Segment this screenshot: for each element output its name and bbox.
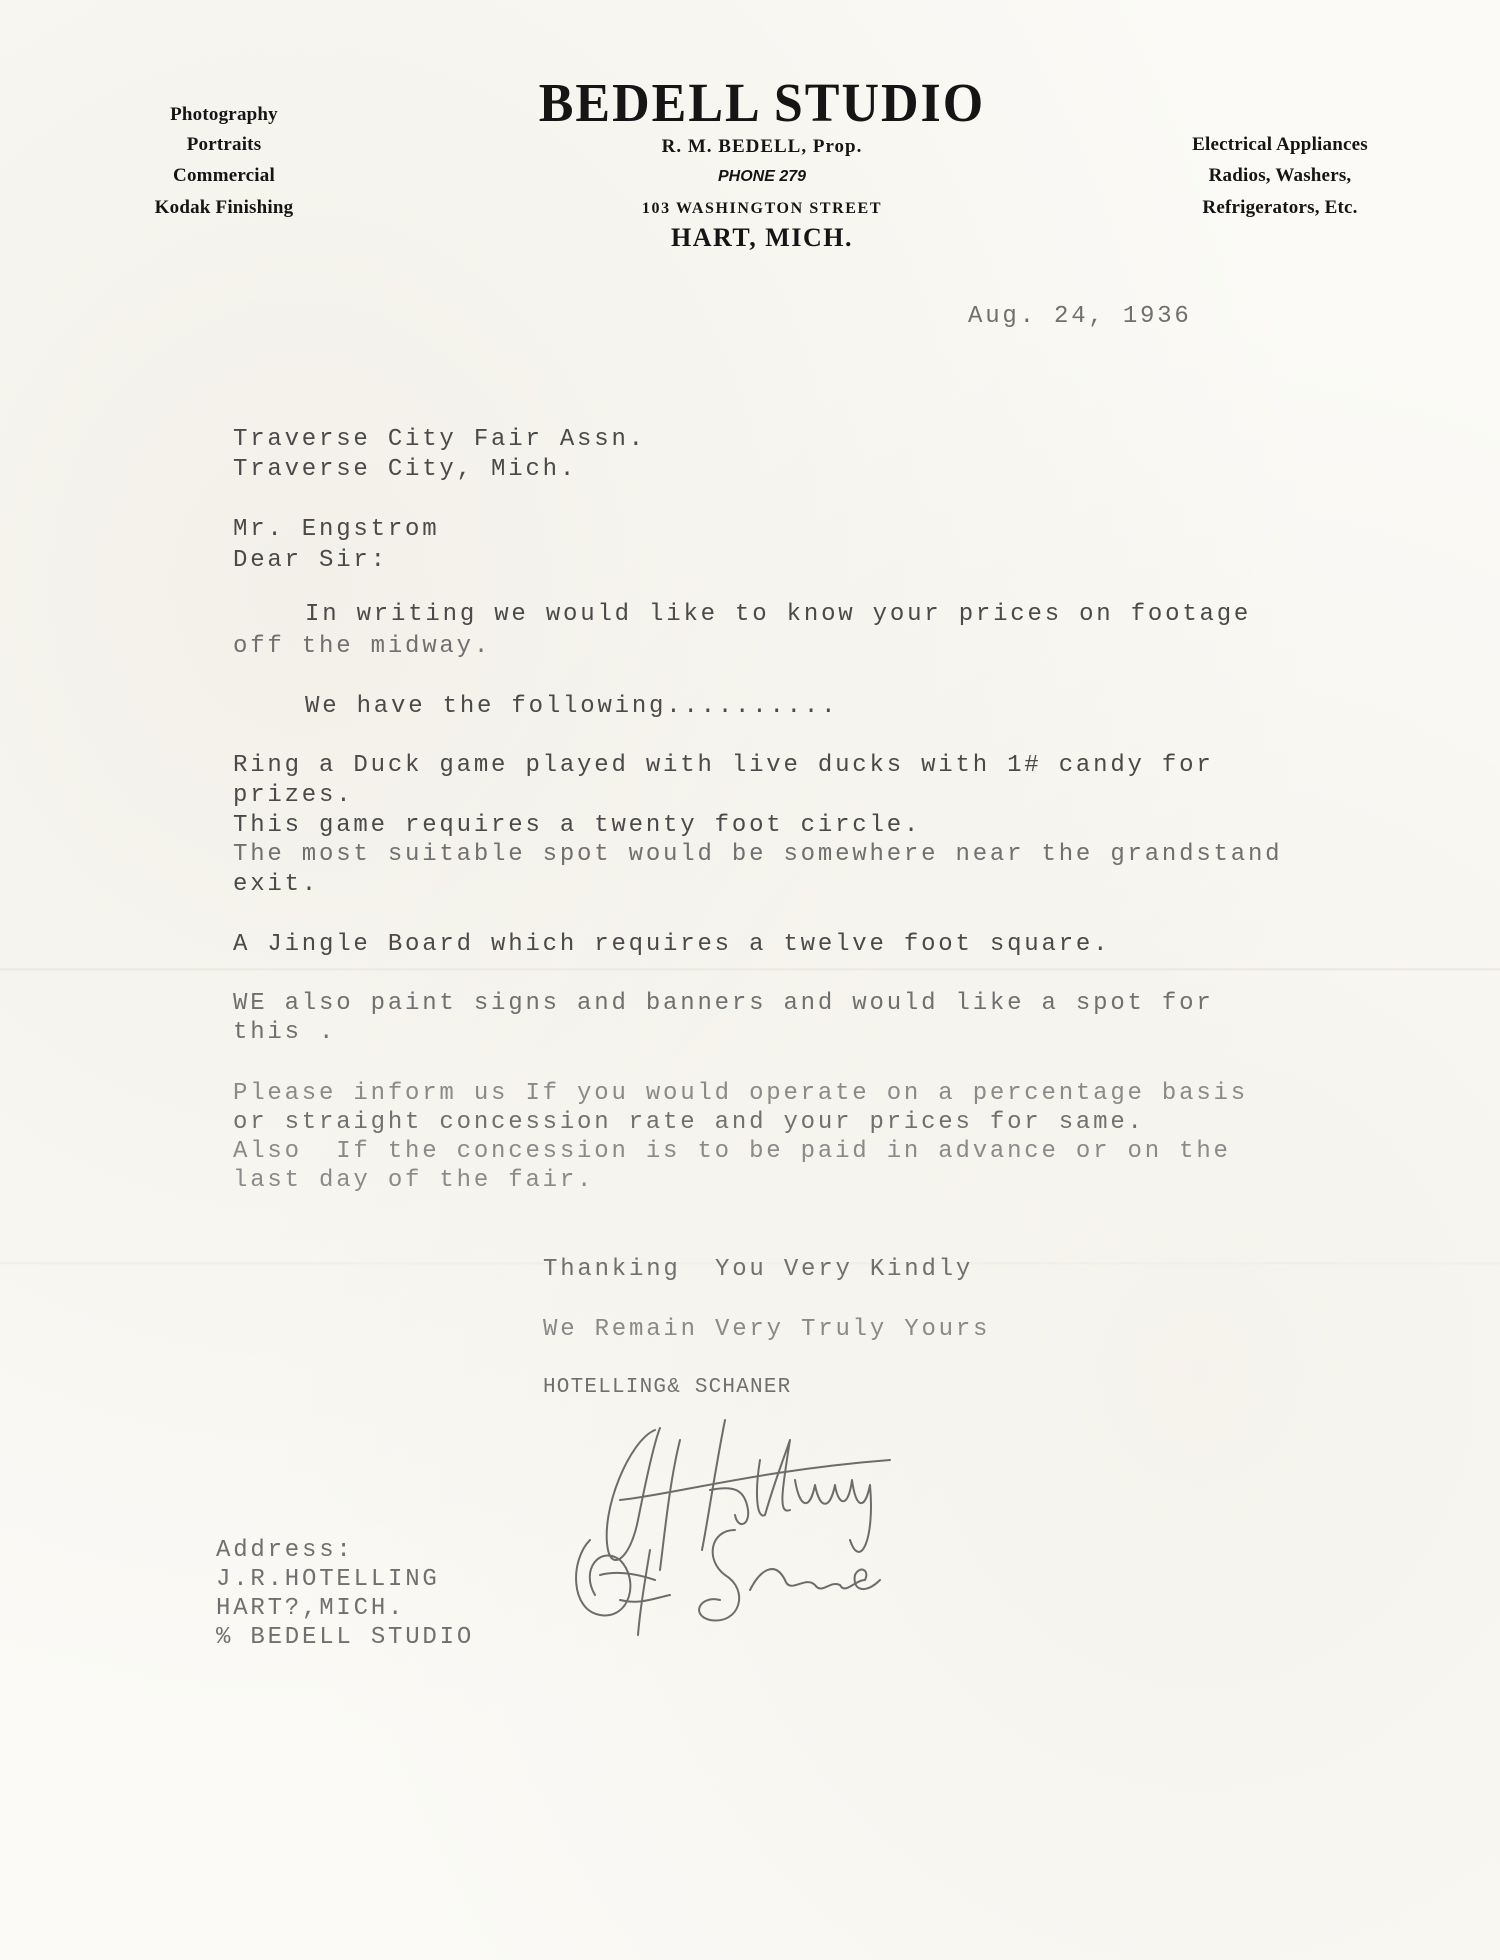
recipient-line: Traverse City, Mich.: [233, 455, 577, 485]
street-address: 103 WASHINGTON STREET: [642, 200, 882, 218]
body-line: We have the following..........: [305, 692, 838, 722]
firm-name: HOTELLING& SCHANER: [543, 1373, 791, 1403]
closing-line: We Remain Very Truly Yours: [543, 1315, 990, 1345]
body-line: prizes.: [233, 781, 353, 811]
salutation: Dear Sir:: [233, 546, 388, 576]
body-line: this .: [233, 1018, 336, 1048]
proprietor: R. M. BEDELL, Prop.: [662, 136, 863, 158]
body-line: Also If the concession is to be paid in …: [233, 1137, 1231, 1167]
recipient-line: Traverse City Fair Assn.: [233, 425, 646, 455]
business-name: BEDELL STUDIO: [539, 73, 986, 135]
service-electrical-appliances: Electrical Appliances: [1192, 134, 1368, 156]
body-line: Ring a Duck game played with live ducks …: [233, 751, 1214, 781]
body-line: The most suitable spot would be somewher…: [233, 840, 1282, 870]
service-radios-washers: Radios, Washers,: [1209, 165, 1352, 187]
closing-line: Thanking You Very Kindly: [543, 1255, 973, 1285]
return-address-line: % BEDELL STUDIO: [216, 1623, 474, 1653]
body-line: Please inform us If you would operate on…: [233, 1079, 1248, 1109]
paper-fold-crease: [0, 968, 1500, 971]
attention-line: Mr. Engstrom: [233, 515, 439, 545]
service-photography: Photography: [170, 104, 278, 126]
service-refrigerators: Refrigerators, Etc.: [1202, 197, 1357, 219]
service-commercial: Commercial: [173, 165, 275, 187]
body-line: or straight concession rate and your pri…: [233, 1108, 1145, 1138]
phone-number: PHONE 279: [718, 168, 806, 186]
city: HART, MICH.: [671, 223, 853, 253]
handwritten-signatures: [560, 1400, 1030, 1650]
body-line: exit.: [233, 870, 319, 900]
body-line: last day of the fair.: [233, 1166, 594, 1196]
return-address-line: HART?,MICH.: [216, 1594, 405, 1624]
service-portraits: Portraits: [187, 134, 262, 156]
letter-date: Aug. 24, 1936: [968, 302, 1192, 332]
return-address-label: Address:: [216, 1536, 354, 1566]
body-line: off the midway.: [233, 632, 491, 662]
body-line: WE also paint signs and banners and woul…: [233, 989, 1214, 1019]
service-kodak-finishing: Kodak Finishing: [155, 197, 294, 219]
body-line: A Jingle Board which requires a twelve f…: [233, 930, 1110, 960]
body-line: This game requires a twenty foot circle.: [233, 811, 921, 841]
return-address-line: J.R.HOTELLING: [216, 1565, 440, 1595]
letter-paper: [0, 0, 1500, 1960]
body-line: In writing we would like to know your pr…: [305, 600, 1251, 630]
